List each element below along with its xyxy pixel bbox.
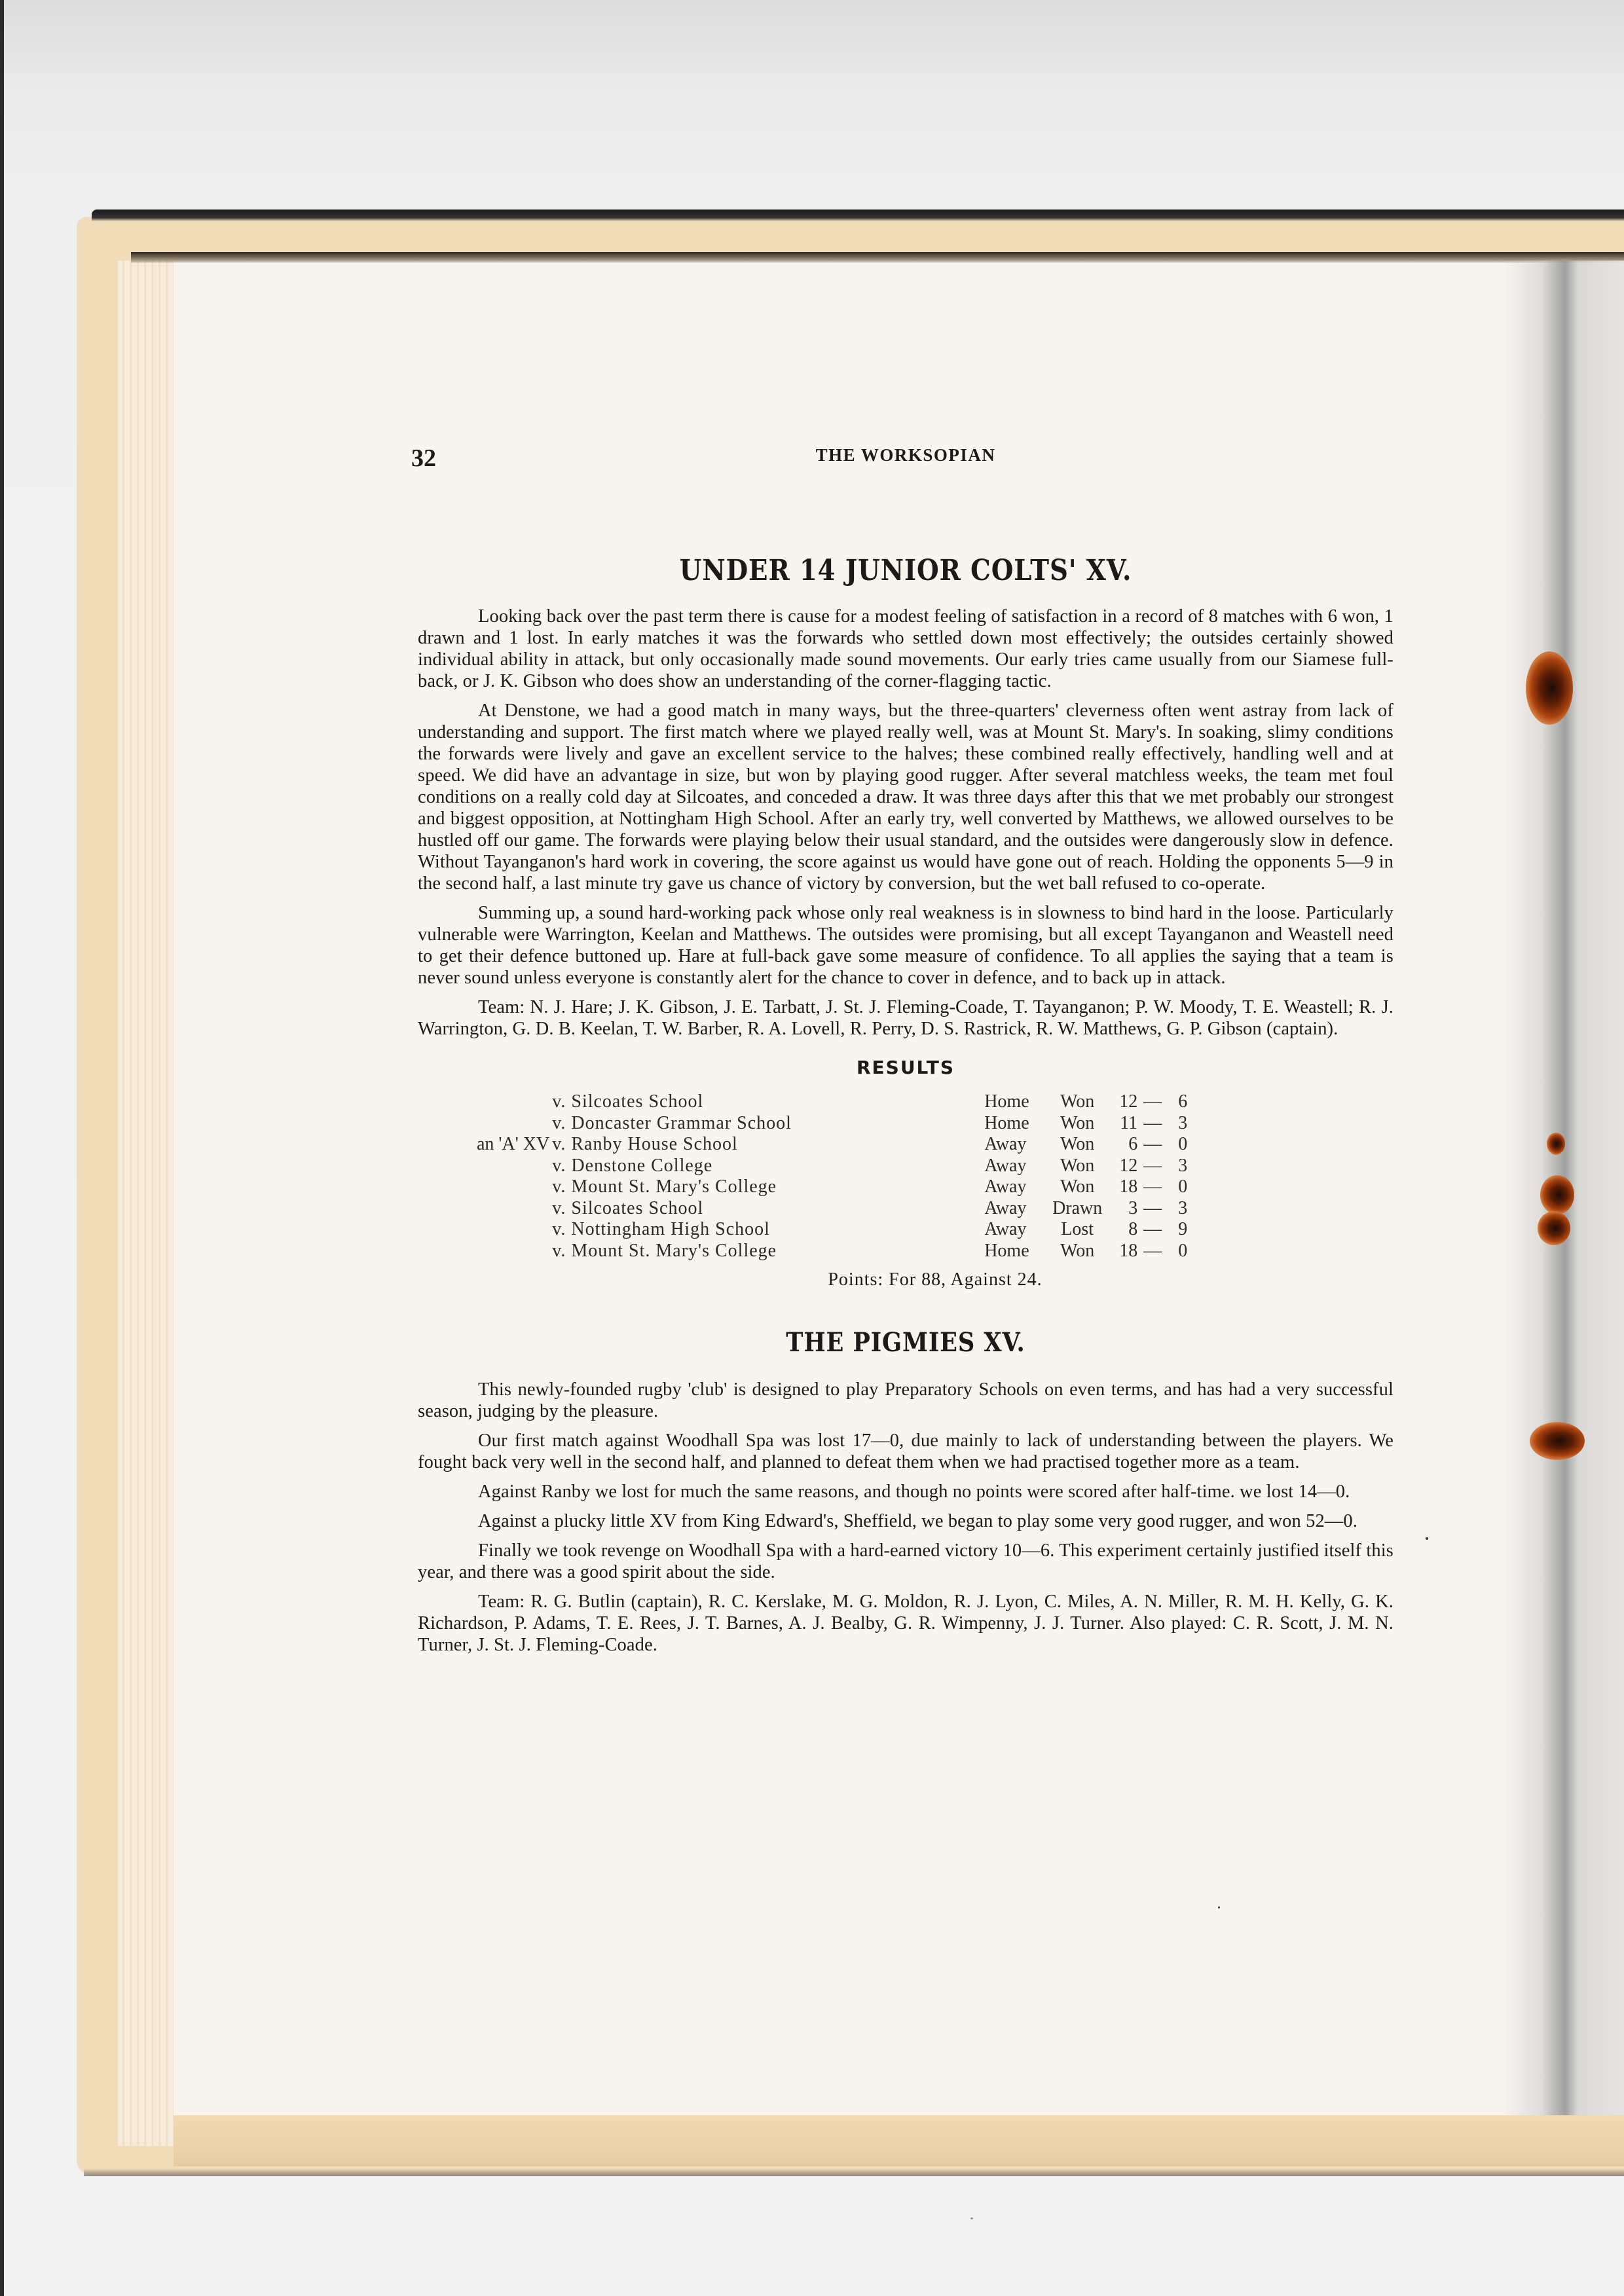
pigmies-team-list: Team: R. G. Butlin (captain), R. C. Kers… [418,1591,1393,1656]
rust-stain [1540,1175,1574,1214]
page-content: 32 THE WORKSOPIAN UNDER 14 JUNIOR COLTS'… [418,432,1393,1664]
colts-team-list: Team: N. J. Hare; J. K. Gibson, J. E. Ta… [418,996,1393,1040]
result: Won [1044,1134,1110,1156]
points-against: 0 [1168,1134,1187,1156]
opponent: v. Doncaster Grammar School [552,1113,984,1135]
opponent: v. Mount St. Mary's College [552,1176,984,1198]
venue: Home [984,1113,1044,1135]
points-for: 8 [1110,1219,1137,1241]
pigmies-paragraph: Against Ranby we lost for much the same … [418,1481,1393,1503]
table-row: an 'A' XV v. Ranby House School Away Won… [477,1134,1187,1156]
result: Drawn [1044,1198,1110,1220]
junior-colts-section: UNDER 14 JUNIOR COLTS' XV. Looking back … [418,554,1393,1290]
match-note [477,1241,552,1262]
result: Won [1044,1176,1110,1198]
points-against: 0 [1168,1241,1187,1262]
opponent: v. Mount St. Mary's College [552,1241,984,1262]
score-dash: — [1137,1241,1168,1262]
pigmies-paragraph: Finally we took revenge on Woodhall Spa … [418,1540,1393,1583]
table-row: v. Mount St. Mary's College Away Won 18 … [477,1176,1187,1198]
colts-paragraph: Summing up, a sound hard-working pack wh… [418,902,1393,989]
match-note [477,1198,552,1220]
score-dash: — [1137,1091,1168,1113]
venue: Away [984,1156,1044,1177]
points-against: 3 [1168,1198,1187,1220]
opponent: v. Silcoates School [552,1091,984,1113]
score-dash: — [1137,1176,1168,1198]
venue: Away [984,1134,1044,1156]
match-note [477,1219,552,1241]
results-heading: RESULTS [418,1057,1393,1078]
points-against: 3 [1168,1156,1187,1177]
result: Won [1044,1241,1110,1262]
rust-stain [1530,1422,1585,1460]
match-note [477,1156,552,1177]
cover-top-edge [92,210,1624,221]
score-dash: — [1137,1198,1168,1220]
pigmies-paragraph: This newly-founded rugby 'club' is desig… [418,1379,1393,1422]
score-dash: — [1137,1219,1168,1241]
score-dash: — [1137,1156,1168,1177]
pigmies-title: THE PIGMIES XV. [476,1327,1335,1358]
result: Won [1044,1156,1110,1177]
venue: Home [984,1241,1044,1262]
table-row: v. Silcoates School Home Won 12 — 6 [477,1091,1187,1113]
paper-speck [1426,1537,1428,1540]
opponent: v. Ranby House School [552,1134,984,1156]
points-for: 6 [1110,1134,1137,1156]
junior-colts-title: UNDER 14 JUNIOR COLTS' XV. [476,554,1335,587]
points-for: 12 [1110,1156,1137,1177]
venue: Away [984,1176,1044,1198]
cover-inner-shadow [131,252,1624,263]
table-row: v. Doncaster Grammar School Home Won 11 … [477,1113,1187,1135]
points-for: 3 [1110,1198,1137,1220]
points-for: 18 [1110,1241,1137,1262]
points-against: 6 [1168,1091,1187,1113]
pigmies-paragraph: Our first match against Woodhall Spa was… [418,1430,1393,1473]
points-for: 12 [1110,1091,1137,1113]
running-header: 32 THE WORKSOPIAN [418,432,1393,478]
cover-bottom-edge [84,2168,1624,2176]
points-for: 11 [1110,1113,1137,1135]
table-row: v. Denstone College Away Won 12 — 3 [477,1156,1187,1177]
result: Won [1044,1113,1110,1135]
colts-paragraph: At Denstone, we had a good match in many… [418,700,1393,894]
opponent: v. Silcoates School [552,1198,984,1220]
score-dash: — [1137,1134,1168,1156]
scan-edge [0,0,4,2296]
match-note [477,1091,552,1113]
colts-paragraph: Looking back over the past term there is… [418,606,1393,692]
points-against: 3 [1168,1113,1187,1135]
venue: Away [984,1198,1044,1220]
result: Won [1044,1091,1110,1113]
table-row: v. Nottingham High School Away Lost 8 — … [477,1219,1187,1241]
match-note [477,1176,552,1198]
points-summary: Points: For 88, Against 24. [477,1269,1393,1290]
pigmies-section: THE PIGMIES XV. This newly-founded rugby… [418,1327,1393,1656]
publication-title: THE WORKSOPIAN [418,445,1393,465]
points-for: 18 [1110,1176,1137,1198]
opponent: v. Denstone College [552,1156,984,1177]
cover-bottom-band [174,2115,1624,2166]
rust-stain [1547,1133,1565,1155]
results-table: v. Silcoates School Home Won 12 — 6 v. D… [477,1091,1187,1262]
table-row: v. Mount St. Mary's College Home Won 18 … [477,1241,1187,1262]
match-note [477,1113,552,1135]
venue: Away [984,1219,1044,1241]
points-against: 0 [1168,1176,1187,1198]
table-row: v. Silcoates School Away Drawn 3 — 3 [477,1198,1187,1220]
page-stack-edges [118,261,179,2146]
paper-speck [970,2217,973,2219]
result: Lost [1044,1219,1110,1241]
rust-stain [1526,651,1573,725]
rust-stain [1538,1211,1570,1245]
match-note: an 'A' XV [477,1134,552,1156]
opponent: v. Nottingham High School [552,1219,984,1241]
points-against: 9 [1168,1219,1187,1241]
paper-speck [1218,1906,1220,1908]
score-dash: — [1137,1113,1168,1135]
pigmies-paragraph: Against a plucky little XV from King Edw… [418,1510,1393,1532]
venue: Home [984,1091,1044,1113]
